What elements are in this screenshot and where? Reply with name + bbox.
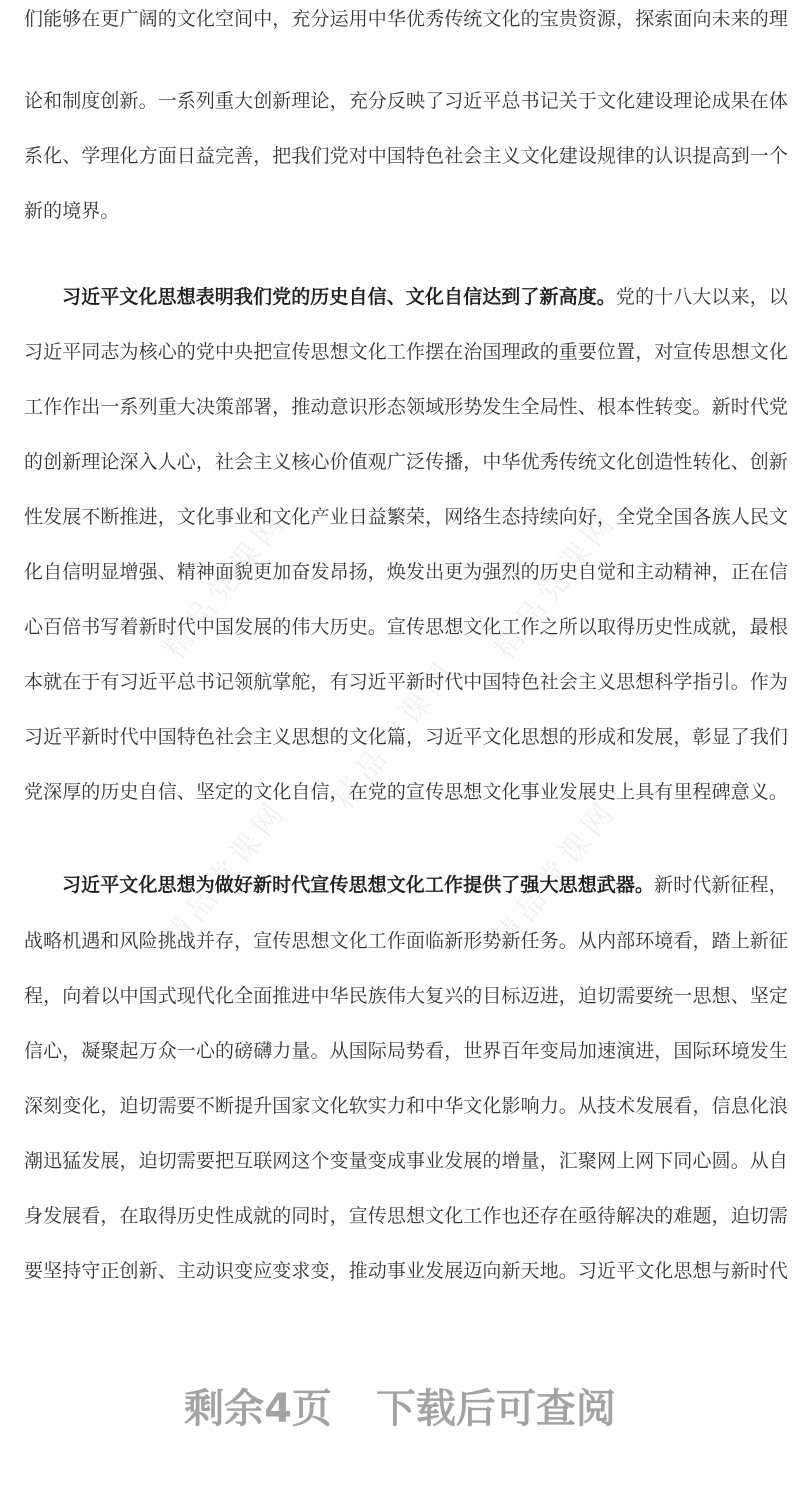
remaining-pages-label: 剩余4页 [184, 1386, 332, 1432]
paragraph-line: 党深厚的历史自信、坚定的文化自信，在党的宣传思想文化事业发展史上具有里程碑意义。 [24, 780, 776, 804]
paragraph-line: 深刻变化，迫切需要不断提升国家文化软实力和中华文化影响力。从技术发展看，信息化浪 [24, 1094, 776, 1118]
paragraph-line: 性发展不断推进，文化事业和文化产业日益繁荣，网络生态持续向好，全党全国各族人民文 [24, 505, 776, 529]
paragraph-line: 心百倍书写着新时代中国发展的伟大历史。宣传思想文化工作之所以取得历史性成就，最根 [24, 615, 776, 639]
paragraph-line: 习近平同志为核心的党中央把宣传思想文化工作摆在治国理政的重要位置，对宣传思想文化 [24, 340, 776, 364]
paragraph-text: 新时代新征程， [654, 874, 788, 896]
download-prompt[interactable]: 剩余4页下载后可查阅 [0, 1384, 800, 1434]
paragraph-lead-heading: 习近平文化思想为做好新时代宣传思想文化工作提供了强大思想武器。 [62, 874, 654, 896]
paragraph-line: 信心，凝聚起万众一心的磅礴力量。从国际局势看，世界百年变局加速演进，国际环境发生 [24, 1039, 776, 1063]
download-hint-label: 下载后可查阅 [376, 1386, 616, 1432]
paragraph-line: 战略机遇和风险挑战并存，宣传思想文化工作面临新形势新任务。从内部环境看，踏上新征 [24, 929, 776, 953]
paragraph-line: 身发展看，在取得历史性成就的同时，宣传思想文化工作也还存在亟待解决的难题，迫切需 [24, 1204, 776, 1228]
paragraph-line: 新的境界。 [24, 199, 776, 223]
paragraph-first-line: 习近平文化思想表明我们党的历史自信、文化自信达到了新高度。党的十八大以来，以 [62, 285, 776, 309]
paragraph-line: 习近平新时代中国特色社会主义思想的文化篇，习近平文化思想的形成和发展，彰显了我们 [24, 725, 776, 749]
paragraph-line: 工作作出一系列重大决策部署，推动意识形态领域形势发生全局性、根本性转变。新时代党 [24, 395, 776, 419]
paragraph-line: 本就在于有习近平总书记领航掌舵，有习近平新时代中国特色社会主义思想科学指引。作为 [24, 670, 776, 694]
paragraph-lead-heading: 习近平文化思想表明我们党的历史自信、文化自信达到了新高度。 [62, 286, 616, 308]
paragraph-line: 论和制度创新。一系列重大创新理论，充分反映了习近平总书记关于文化建设理论成果在体 [24, 89, 776, 113]
document-page: 精品党课网 精品党课网 精品党课网 精品党课网 精品党课网 们能够在更广阔的文化… [0, 0, 800, 1487]
paragraph-line: 们能够在更广阔的文化空间中，充分运用中华优秀传统文化的宝贵资源，探索面向未来的理 [24, 7, 776, 31]
paragraph-line: 程，向着以中国式现代化全面推进中华民族伟大复兴的目标迈进，迫切需要统一思想、坚定 [24, 984, 776, 1008]
paragraph-line: 的创新理论深入人心，社会主义核心价值观广泛传播，中华优秀传统文化创造性转化、创新 [24, 450, 776, 474]
paragraph-first-line: 习近平文化思想为做好新时代宣传思想文化工作提供了强大思想武器。新时代新征程， [62, 873, 776, 897]
paragraph-line: 化自信明显增强、精神面貌更加奋发昂扬，焕发出更为强烈的历史自觉和主动精神，正在信 [24, 560, 776, 584]
paragraph-line: 潮迅猛发展，迫切需要把互联网这个变量变成事业发展的增量，汇聚网上网下同心圆。从自 [24, 1149, 776, 1173]
paragraph-line: 系化、学理化方面日益完善，把我们党对中国特色社会主义文化建设规律的认识提高到一个 [24, 144, 776, 168]
paragraph-line: 要坚持守正创新、主动识变应变求变，推动事业发展迈向新天地。习近平文化思想与新时代 [24, 1259, 776, 1283]
paragraph-text: 党的十八大以来，以 [616, 286, 788, 308]
